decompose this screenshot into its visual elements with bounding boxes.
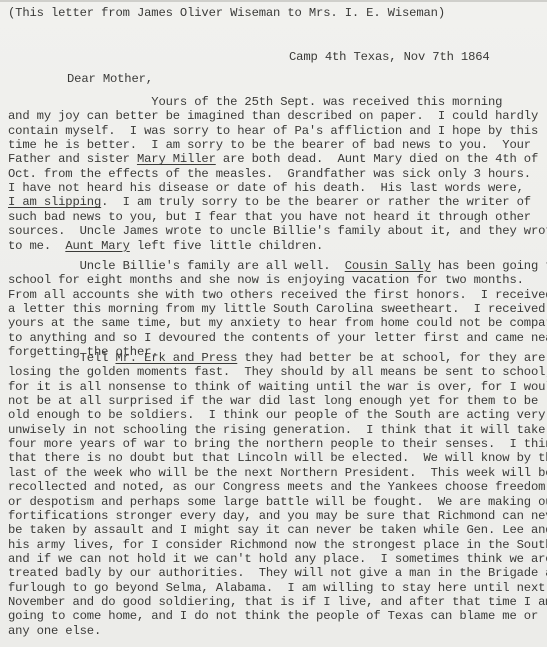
underlined-phrase: Mr. Erk and Press — [115, 351, 237, 365]
text-run: November and do good soldiering, that is… — [8, 595, 547, 609]
text-run: Yours of the 25th Sept. was received thi… — [8, 95, 502, 109]
text-run: to me. — [8, 239, 65, 253]
letter-line: and my joy can better be imagined than d… — [8, 109, 538, 123]
text-run: . I am truly sorry to be the bearer or r… — [101, 195, 531, 209]
letter-line: sources. Uncle James wrote to uncle Bill… — [8, 224, 547, 238]
letter-line: yours at the same time, but my anxiety t… — [8, 316, 547, 330]
letter-line: for it is all nonsense to think of waiti… — [8, 380, 547, 394]
text-run: old enough to be soldiers. I think our p… — [8, 408, 545, 422]
letter-line: From all accounts she with two others re… — [8, 288, 547, 302]
letter-line: furlough to go beyond Selma, Alabama. I … — [8, 581, 545, 595]
letter-line: or despotism and perhaps some large batt… — [8, 495, 547, 509]
dateline: Camp 4th Texas, Nov 7th 1864 — [289, 50, 490, 64]
text-run: Tell — [8, 351, 115, 365]
letter-line: such bad news to you, but I fear that yo… — [8, 210, 531, 224]
text-run: furlough to go beyond Selma, Alabama. I … — [8, 581, 545, 595]
text-run: treated badly by our authorities. They w… — [8, 566, 547, 580]
text-run: sources. Uncle James wrote to uncle Bill… — [8, 224, 547, 238]
letter-line: losing the golden moments fast. They sho… — [8, 365, 547, 379]
text-run: school for eight months and she now is e… — [8, 273, 524, 287]
text-run: I have not heard his disease or date of … — [8, 181, 524, 195]
underlined-phrase: Cousin Sally — [345, 259, 431, 273]
letter-line: a letter this morning from my little Sou… — [8, 302, 545, 316]
text-run: recollected and noted, as our Congress m… — [8, 480, 545, 494]
letter-line: unwisely in not schooling the rising gen… — [8, 423, 545, 437]
letter-line: going to come home, and I do not think t… — [8, 609, 538, 623]
letter-line: fortifications stronger every day, and y… — [8, 509, 547, 523]
letter-line: recollected and noted, as our Congress m… — [8, 480, 545, 494]
letter-line: Tell Mr. Erk and Press they had better b… — [8, 351, 545, 365]
text-run: unwisely in not schooling the rising gen… — [8, 423, 545, 437]
text-run: four more years of war to bring the nort… — [8, 437, 547, 451]
text-run: a letter this morning from my little Sou… — [8, 302, 545, 316]
underlined-phrase: I am slipping — [8, 195, 101, 209]
letter-line: I am slipping. I am truly sorry to be th… — [8, 195, 531, 209]
text-run: last of the week who will be the next No… — [8, 466, 547, 480]
text-run: his army lives, for I consider Richmond … — [8, 538, 547, 552]
letter-line: four more years of war to bring the nort… — [8, 437, 547, 451]
letter-line: November and do good soldiering, that is… — [8, 595, 547, 609]
page-top-edge — [0, 0, 547, 2]
text-run: Father and sister — [8, 152, 137, 166]
text-run: contain myself. I was sorry to hear of P… — [8, 124, 538, 138]
underlined-phrase: Aunt Mary — [65, 239, 129, 253]
letter-line: not be at all surprised if the war did l… — [8, 394, 538, 408]
text-run: are both dead. Aunt Mary died on the 4th… — [216, 152, 538, 166]
text-run: yours at the same time, but my anxiety t… — [8, 316, 547, 330]
letter-line: Oct. from the effects of the measles. Gr… — [8, 167, 531, 181]
text-run: that there is no doubt but that Lincoln … — [8, 451, 547, 465]
letter-line: Father and sister Mary Miller are both d… — [8, 152, 538, 166]
letter-line: to me. Aunt Mary left five little childr… — [8, 239, 323, 253]
text-run: left five little children. — [130, 239, 323, 253]
underlined-phrase: Mary Miller — [137, 152, 216, 166]
text-run: be taken by assault and I might say it c… — [8, 523, 547, 537]
text-run: they had better be at school, for they a… — [237, 351, 545, 365]
letter-line: time he is better. I am sorry to be the … — [8, 138, 531, 152]
letter-line: Uncle Billie's family are all well. Cous… — [8, 259, 547, 273]
letter-page: (This letter from James Oliver Wiseman t… — [0, 0, 547, 647]
letter-line: school for eight months and she now is e… — [8, 273, 524, 287]
header-note: (This letter from James Oliver Wiseman t… — [8, 6, 445, 20]
letter-line: old enough to be soldiers. I think our p… — [8, 408, 545, 422]
letter-line: be taken by assault and I might say it c… — [8, 523, 547, 537]
letter-line: Yours of the 25th Sept. was received thi… — [8, 95, 502, 109]
text-run: From all accounts she with two others re… — [8, 288, 547, 302]
text-run: and if we can not hold it we can't hold … — [8, 552, 547, 566]
text-run: any one else. — [8, 624, 101, 638]
letter-line: treated badly by our authorities. They w… — [8, 566, 547, 580]
letter-line: any one else. — [8, 624, 101, 638]
letter-line: I have not heard his disease or date of … — [8, 181, 524, 195]
text-run: such bad news to you, but I fear that yo… — [8, 210, 531, 224]
letter-line: and if we can not hold it we can't hold … — [8, 552, 547, 566]
letter-line: that there is no doubt but that Lincoln … — [8, 451, 547, 465]
text-run: for it is all nonsense to think of waiti… — [8, 380, 547, 394]
text-run: Uncle Billie's family are all well. — [8, 259, 345, 273]
letter-line: to anything and so I devoured the conten… — [8, 331, 547, 345]
text-run: fortifications stronger every day, and y… — [8, 509, 547, 523]
salutation: Dear Mother, — [67, 72, 153, 86]
letter-line: his army lives, for I consider Richmond … — [8, 538, 547, 552]
letter-line: contain myself. I was sorry to hear of P… — [8, 124, 538, 138]
text-run: going to come home, and I do not think t… — [8, 609, 538, 623]
text-run: or despotism and perhaps some large batt… — [8, 495, 547, 509]
text-run: not be at all surprised if the war did l… — [8, 394, 538, 408]
text-run: and my joy can better be imagined than d… — [8, 109, 538, 123]
text-run: Oct. from the effects of the measles. Gr… — [8, 167, 531, 181]
letter-line: last of the week who will be the next No… — [8, 466, 547, 480]
text-run: has been going to — [431, 259, 547, 273]
text-run: losing the golden moments fast. They sho… — [8, 365, 547, 379]
text-run: time he is better. I am sorry to be the … — [8, 138, 531, 152]
text-run: to anything and so I devoured the conten… — [8, 331, 547, 345]
